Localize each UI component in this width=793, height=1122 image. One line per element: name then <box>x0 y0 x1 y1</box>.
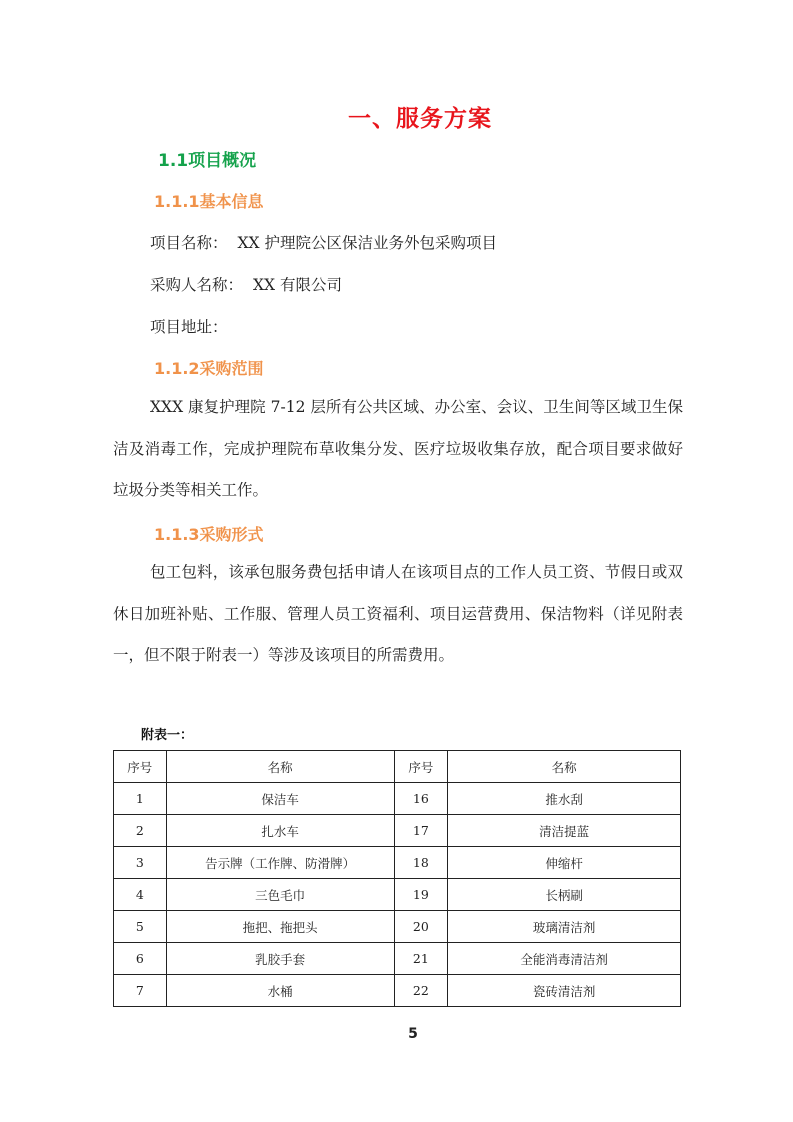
cell-index: 18 <box>394 847 448 879</box>
purchaser-label: 采购人名称： <box>150 276 243 294</box>
supplies-table: 序号 名称 序号 名称 1 保洁车 16 推水刮 2 扎水车 17 清洁提蓝 3… <box>113 750 681 1007</box>
table-caption: 附表一： <box>141 724 193 743</box>
table-row: 5 拖把、拖把头 20 玻璃清洁剂 <box>114 911 681 943</box>
table-row: 2 扎水车 17 清洁提蓝 <box>114 815 681 847</box>
cell-name: 玻璃清洁剂 <box>448 911 681 943</box>
table-row: 6 乳胶手套 21 全能消毒清洁剂 <box>114 943 681 975</box>
project-name-line: 项目名称：XX 护理院公区保洁业务外包采购项目 <box>150 231 497 253</box>
cell-name: 三色毛巾 <box>166 879 394 911</box>
cell-name: 告示牌（工作牌、防滑牌） <box>166 847 394 879</box>
cell-name: 全能消毒清洁剂 <box>448 943 681 975</box>
cell-index: 5 <box>114 911 167 943</box>
cell-name: 清洁提蓝 <box>448 815 681 847</box>
purchaser-line: 采购人名称：XX 有限公司 <box>150 273 342 295</box>
table-row: 4 三色毛巾 19 长柄刷 <box>114 879 681 911</box>
section-heading: 1.1项目概况 <box>158 146 256 171</box>
page-number: 5 <box>0 1026 793 1042</box>
cell-index: 2 <box>114 815 167 847</box>
form-heading: 1.1.3采购形式 <box>154 522 264 545</box>
cell-name: 乳胶手套 <box>166 943 394 975</box>
cell-index: 19 <box>394 879 448 911</box>
cell-name: 扎水车 <box>166 815 394 847</box>
cell-index: 4 <box>114 879 167 911</box>
address-label: 项目地址： <box>150 315 228 337</box>
cell-index: 1 <box>114 783 167 815</box>
cell-index: 17 <box>394 815 448 847</box>
table-row: 3 告示牌（工作牌、防滑牌） 18 伸缩杆 <box>114 847 681 879</box>
cell-name: 瓷砖清洁剂 <box>448 975 681 1007</box>
cell-index: 21 <box>394 943 448 975</box>
basic-info-heading: 1.1.1基本信息 <box>154 189 264 212</box>
table-row: 1 保洁车 16 推水刮 <box>114 783 681 815</box>
cell-index: 20 <box>394 911 448 943</box>
page-title: 一、服务方案 <box>0 100 793 133</box>
header-index: 序号 <box>394 751 448 783</box>
table-header-row: 序号 名称 序号 名称 <box>114 751 681 783</box>
cell-index: 22 <box>394 975 448 1007</box>
cell-name: 推水刮 <box>448 783 681 815</box>
form-paragraph: 包工包料，该承包服务费包括申请人在该项目点的工作人员工资、节假日或双休日加班补贴… <box>113 552 683 677</box>
cell-name: 伸缩杆 <box>448 847 681 879</box>
cell-name: 保洁车 <box>166 783 394 815</box>
scope-paragraph: XXX 康复护理院 7-12 层所有公共区域、办公室、会议、卫生间等区域卫生保洁… <box>113 387 683 512</box>
table-row: 7 水桶 22 瓷砖清洁剂 <box>114 975 681 1007</box>
cell-index: 6 <box>114 943 167 975</box>
header-name: 名称 <box>166 751 394 783</box>
cell-index: 7 <box>114 975 167 1007</box>
project-name-value: XX 护理院公区保洁业务外包采购项目 <box>238 234 498 252</box>
cell-name: 水桶 <box>166 975 394 1007</box>
header-index: 序号 <box>114 751 167 783</box>
header-name: 名称 <box>448 751 681 783</box>
cell-name: 拖把、拖把头 <box>166 911 394 943</box>
purchaser-value: XX 有限公司 <box>253 276 342 294</box>
cell-index: 3 <box>114 847 167 879</box>
project-name-label: 项目名称： <box>150 234 228 252</box>
cell-index: 16 <box>394 783 448 815</box>
cell-name: 长柄刷 <box>448 879 681 911</box>
scope-heading: 1.1.2采购范围 <box>154 356 264 379</box>
